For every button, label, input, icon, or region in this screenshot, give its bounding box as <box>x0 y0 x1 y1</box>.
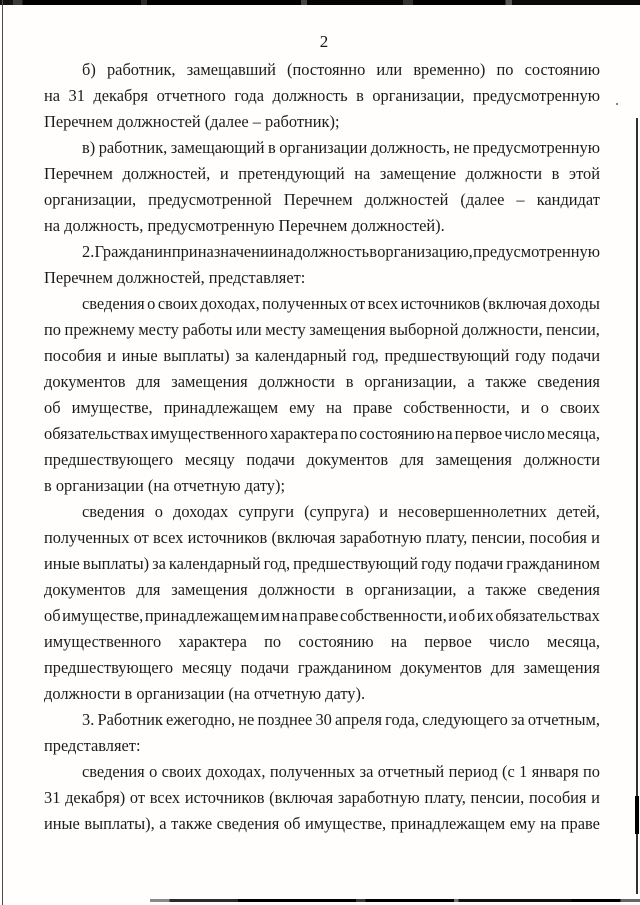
paragraph-1: б)работник,замещавший(постоянноиливремен… <box>44 57 600 135</box>
text-line: Перечнем должностей, представляет: <box>44 265 600 291</box>
text-line: обимуществе,принадлежащемемунаправесобст… <box>44 395 600 421</box>
text-line: Перечнем должностей (далее – работник); <box>44 109 600 135</box>
paragraph-2: в)работник,замещающийворганизациидолжнос… <box>44 135 600 239</box>
text-line: предшествующегомесяцуподачигражданиномдо… <box>44 655 600 681</box>
paragraph-6: 3.Работникежегодно,непозднее30апрелягода… <box>44 707 600 759</box>
text-line: должности в организации (на отчетную дат… <box>44 681 600 707</box>
text-line: 2.Гражданинприназначениинадолжностьворга… <box>44 239 600 265</box>
text-line: Перечнемдолжностей,ипретендующийназамеще… <box>44 161 600 187</box>
text-line: в организации (на отчетную дату); <box>44 473 600 499</box>
page-number: 2 <box>0 32 640 52</box>
text-line: представляет: <box>44 733 600 759</box>
text-line: попрежнемуместуработыилиместузамещениявы… <box>44 317 600 343</box>
text-line: пособияииныевыплаты)закалендарныйгод,пре… <box>44 343 600 369</box>
text-line: обимуществе,принадлежащемимнаправесобств… <box>44 603 600 629</box>
text-line: документовдлязамещениядолжностиворганиза… <box>44 577 600 603</box>
paragraph-5: сведенияодоходахсупруги(супруга)инесовер… <box>44 499 600 707</box>
text-line: 3.Работникежегодно,непозднее30апрелягода… <box>44 707 600 733</box>
text-line: сведенияосвоихдоходах,полученныхзаотчетн… <box>44 759 600 785</box>
text-block: б)работник,замещавший(постоянноиливремен… <box>44 57 600 837</box>
text-line: иныевыплаты)закалендарныйгод,предшествую… <box>44 551 600 577</box>
scan-artifact-bottom-bar <box>150 899 640 902</box>
document-page: 2 б)работник,замещавший(постоянноиливрем… <box>0 0 640 905</box>
text-line: б)работник,замещавший(постоянноиливремен… <box>44 57 600 83</box>
text-line: имущественногохарактерапосостояниюнаперв… <box>44 629 600 655</box>
text-line: документовдлязамещениядолжностиворганиза… <box>44 369 600 395</box>
text-line: организации,предусмотреннойПеречнемдолжн… <box>44 187 600 213</box>
text-line: сведенияодоходахсупруги(супруга)инесовер… <box>44 499 600 525</box>
scan-artifact-dot <box>616 103 618 105</box>
scan-artifact-right-smudge <box>635 796 639 834</box>
paragraph-7: сведенияосвоихдоходах,полученныхзаотчетн… <box>44 759 600 837</box>
scan-artifact-top-bar <box>0 0 640 5</box>
text-line: иныевыплаты),атакжесведенияобимуществе,п… <box>44 811 600 837</box>
text-line: на31декабряотчетногогодадолжностьворгани… <box>44 83 600 109</box>
text-line: предшествующегомесяцуподачидокументовдля… <box>44 447 600 473</box>
text-line: сведенияосвоихдоходах,полученныхотвсехис… <box>44 291 600 317</box>
text-line: обязательствахимущественногохарактерапос… <box>44 421 600 447</box>
scan-artifact-left-border <box>2 0 3 905</box>
paragraph-3: 2.Гражданинприназначениинадолжностьворга… <box>44 239 600 291</box>
paragraph-4: сведенияосвоихдоходах,полученныхотвсехис… <box>44 291 600 499</box>
scan-artifact-right-border <box>636 118 638 894</box>
text-line: на должность, предусмотренную Перечнем д… <box>44 213 600 239</box>
text-line: в)работник,замещающийворганизациидолжнос… <box>44 135 600 161</box>
text-line: полученныхотвсехисточников(включаязарабо… <box>44 525 600 551</box>
text-line: 31декабря)отвсехисточников(включаязарабо… <box>44 785 600 811</box>
